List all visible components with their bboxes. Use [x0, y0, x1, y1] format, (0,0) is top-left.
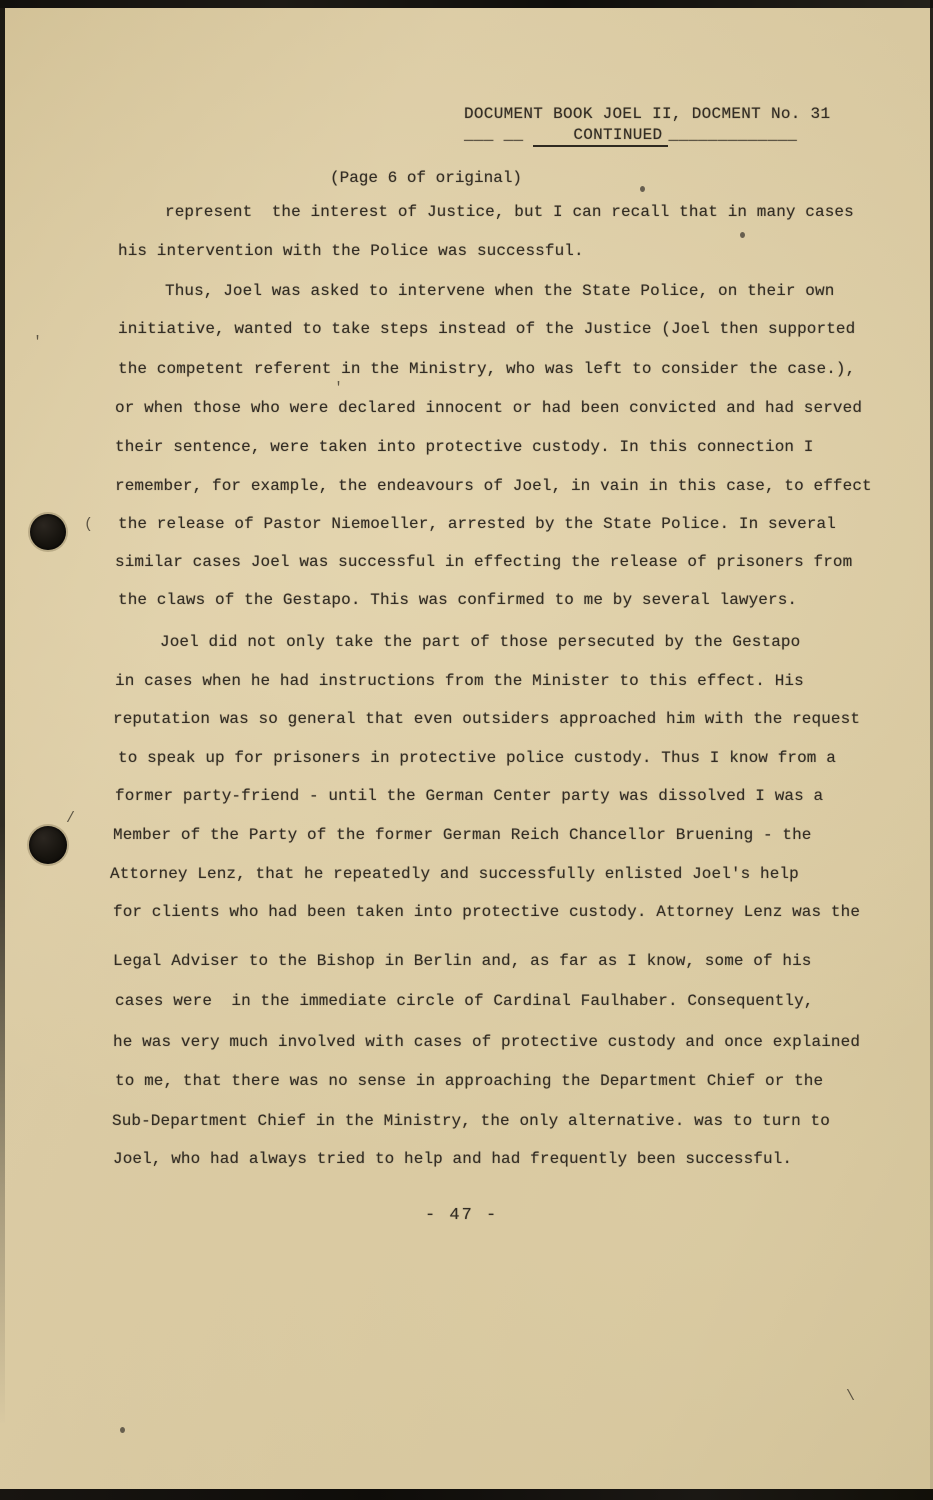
text-line: Sub-Department Chief in the Ministry, th…: [112, 1112, 830, 1130]
text-line: he was very much involved with cases of …: [113, 1033, 860, 1051]
text-line: reputation was so general that even outs…: [113, 710, 860, 728]
stray-ink-mark: ': [334, 380, 343, 397]
continued-label: CONTINUED: [533, 126, 668, 147]
text-line: the competent referent in the Ministry, …: [118, 360, 855, 378]
stray-ink-mark: \: [846, 1388, 855, 1405]
underline-dashes-right: _____________: [668, 126, 797, 144]
scan-edge-bottom: [0, 1489, 933, 1500]
text-line: or when those who were declared innocent…: [115, 399, 862, 417]
document-header: DOCUMENT BOOK JOEL II, DOCMENT No. 31 __…: [464, 105, 830, 144]
text-line: initiative, wanted to take steps instead…: [118, 320, 855, 338]
text-line: similar cases Joel was successful in eff…: [115, 553, 852, 571]
scan-edge-left: [0, 0, 5, 1500]
paper-speck: [640, 186, 645, 192]
text-line: in cases when he had instructions from t…: [115, 672, 804, 690]
document-title: DOCUMENT BOOK JOEL II, DOCMENT No. 31: [464, 105, 830, 123]
hole-punch: [30, 514, 66, 550]
text-line: his intervention with the Police was suc…: [118, 242, 584, 260]
text-line: Joel did not only take the part of those…: [160, 633, 800, 651]
stray-ink-mark: /: [66, 810, 75, 827]
text-line: for clients who had been taken into prot…: [113, 903, 860, 921]
text-line: Member of the Party of the former German…: [113, 826, 812, 844]
text-line: Attorney Lenz, that he repeatedly and su…: [110, 865, 799, 883]
text-line: to speak up for prisoners in protective …: [118, 749, 836, 767]
scanned-document-page: DOCUMENT BOOK JOEL II, DOCMENT No. 31 __…: [0, 0, 933, 1500]
text-line: their sentence, were taken into protecti…: [115, 438, 814, 456]
text-line: Legal Adviser to the Bishop in Berlin an…: [113, 952, 812, 970]
text-line: the release of Pastor Niemoeller, arrest…: [118, 515, 836, 533]
stray-ink-mark: ': [33, 334, 42, 351]
text-line: Thus, Joel was asked to intervene when t…: [165, 282, 834, 300]
document-continued-line: ___ __ CONTINUED_____________: [464, 126, 830, 144]
page-of-original-note: (Page 6 of original): [330, 169, 522, 187]
paper-speck: [740, 232, 745, 238]
stray-ink-mark: (: [84, 516, 93, 533]
text-line: Joel, who had always tried to help and h…: [113, 1150, 792, 1168]
text-line: cases were in the immediate circle of Ca…: [115, 992, 814, 1010]
paper-speck: [120, 1427, 125, 1433]
text-line: remember, for example, the endeavours of…: [115, 477, 872, 495]
text-line: former party-friend - until the German C…: [115, 787, 823, 805]
text-line: the claws of the Gestapo. This was confi…: [118, 591, 797, 609]
text-line: represent the interest of Justice, but I…: [165, 203, 854, 221]
scan-edge-top: [0, 0, 933, 8]
page-number: - 47 -: [425, 1206, 498, 1225]
underline-dashes-left: ___ __: [464, 126, 533, 144]
hole-punch: [29, 826, 67, 864]
text-line: to me, that there was no sense in approa…: [115, 1072, 823, 1090]
